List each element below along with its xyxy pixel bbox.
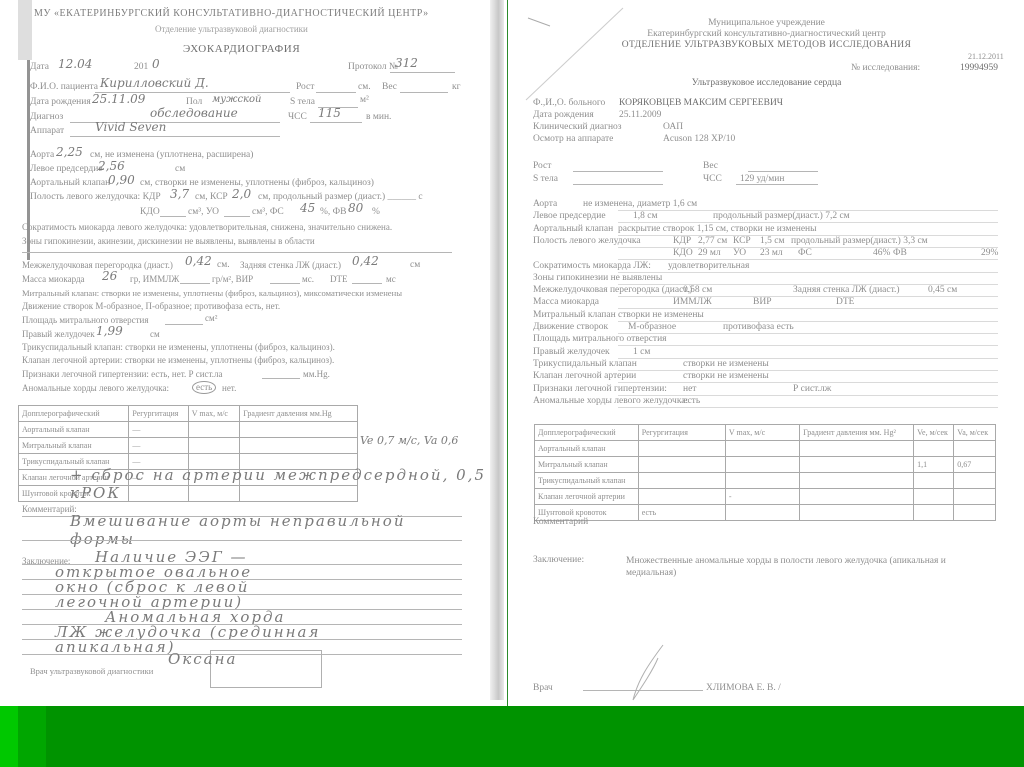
lv-label: Полость левого желудочка: КДР bbox=[30, 192, 161, 203]
cardiac-ultrasound-report-printed: Муниципальное учреждение Екатеринбургски… bbox=[507, 0, 1024, 722]
measurement-text: УО bbox=[733, 248, 746, 259]
column-header: Регургитация bbox=[129, 406, 188, 422]
mva-label: Площадь митрального отверстия bbox=[22, 315, 149, 326]
department-name: Отделение ультразвуковой диагностики bbox=[155, 24, 308, 35]
la-unit: см bbox=[175, 164, 185, 175]
height-label: Рост bbox=[533, 161, 551, 172]
pw-label: Задняя стенка ЛЖ (диаст.) bbox=[240, 260, 341, 271]
rv-label: Правый желудочек bbox=[22, 329, 95, 340]
leaflets-text: Движение створок М-образное, П-образное;… bbox=[22, 301, 280, 312]
table-cell: Аортальный клапан bbox=[19, 422, 129, 438]
org-line2: Екатеринбургский консультативно-диагност… bbox=[508, 29, 1024, 40]
dte-unit: мс bbox=[386, 274, 396, 285]
doctor-label: Врач ультразвуковой диагностики bbox=[30, 666, 153, 677]
measurement-text: Клапан легочной артерии bbox=[533, 371, 636, 382]
fv-unit: % bbox=[372, 207, 380, 218]
measurement-text: ФС bbox=[798, 248, 812, 259]
doctor-signature bbox=[618, 640, 678, 710]
mass-value: 26 bbox=[102, 270, 117, 283]
table-row: Аортальный клапан bbox=[535, 441, 996, 457]
table-cell bbox=[914, 441, 954, 457]
measurement-text: Митральный клапан створки не изменены bbox=[533, 310, 704, 321]
table-cell bbox=[800, 441, 914, 457]
column-header: V max, м/с bbox=[725, 425, 799, 441]
hr-label: ЧСС bbox=[703, 174, 722, 185]
ksr-value: 2,0 bbox=[232, 188, 251, 201]
dob-value: 25.11.09 bbox=[92, 93, 145, 106]
height-unit: см. bbox=[358, 82, 371, 93]
kdo-label: КДО bbox=[140, 207, 160, 218]
measurement-text: нет bbox=[683, 384, 696, 395]
date-label: Дата bbox=[30, 62, 49, 73]
table-cell: есть bbox=[638, 505, 725, 521]
conclusion-value: Множественные аномальные хорды в полости… bbox=[626, 555, 996, 579]
scan-artifact bbox=[18, 0, 32, 60]
chords-no: нет. bbox=[222, 383, 236, 394]
column-header: Градиент давления мм.Hg bbox=[240, 406, 358, 422]
measurement-text: Аномальные хорды левого желудочка: bbox=[533, 396, 688, 407]
protocol-value: 312 bbox=[395, 57, 418, 70]
bsa-label: S тела bbox=[290, 97, 315, 108]
measurement-text: створки не изменены bbox=[683, 359, 769, 370]
hr-unit: в мин. bbox=[366, 112, 391, 123]
measurement-text: 29 мл bbox=[698, 248, 721, 259]
table-cell bbox=[725, 505, 799, 521]
measurement-text: М-образное bbox=[628, 322, 676, 333]
table-cell bbox=[954, 441, 996, 457]
aorta-label: Аорта bbox=[30, 150, 54, 161]
measurement-text: 29% bbox=[981, 248, 998, 259]
pw-value: 0,42 bbox=[352, 255, 379, 268]
column-header: Допплерографический bbox=[535, 425, 639, 441]
date-value: 12.04 bbox=[58, 58, 92, 71]
measurement-text: Правый желудочек bbox=[533, 347, 610, 358]
mv-text: Митральный клапан: створки не изменены, … bbox=[22, 288, 402, 299]
measurement-text: продольный размер(диаст.) 7,2 см bbox=[713, 211, 850, 222]
ph-text: Признаки легочной гипертензии: есть, нет… bbox=[22, 369, 223, 380]
conclusion-label: Заключение: bbox=[533, 555, 584, 566]
column-header: Градиент давления мм. Hg² bbox=[800, 425, 914, 441]
measurement-text: противофаза есть bbox=[723, 322, 794, 333]
table-header: ДопплерографическийРегургитацияV max, м/… bbox=[535, 425, 996, 441]
tv-text: Трикуспидальный клапан: створки не измен… bbox=[22, 342, 335, 353]
av-value: 0,90 bbox=[108, 174, 135, 187]
table-row: Митральный клапан— bbox=[19, 438, 358, 454]
column-header: V max, м/с bbox=[188, 406, 240, 422]
fv-value: 80 bbox=[348, 202, 363, 215]
measurement-text: не изменена, диаметр 1,6 см bbox=[583, 199, 697, 210]
table-cell bbox=[188, 422, 240, 438]
measurement-text: КДР bbox=[673, 236, 691, 247]
org-name: МУ «ЕКАТЕРИНБУРГСКИЙ КОНСУЛЬТАТИВНО-ДИАГ… bbox=[34, 8, 429, 19]
uo-unit: см³, ФС bbox=[252, 207, 284, 218]
comment-handwritten: Вмешивание аорты неправильной формы bbox=[70, 512, 470, 548]
table-cell: Трикуспидальный клапан bbox=[535, 473, 639, 489]
year-value: 0 bbox=[152, 58, 160, 71]
table-cell: Митральный клапан bbox=[535, 457, 639, 473]
slide-footer-accent-2 bbox=[18, 706, 46, 767]
bsa-unit: м² bbox=[360, 95, 369, 106]
pv-text: Клапан легочной артерии: створки не изме… bbox=[22, 355, 334, 366]
diagnosis-value: обследование bbox=[150, 107, 238, 120]
measurement-text: 23 мл bbox=[760, 248, 783, 259]
table-cell bbox=[800, 505, 914, 521]
ph-unit: мм.Hg. bbox=[303, 369, 330, 380]
sex-value: мужской bbox=[212, 93, 262, 106]
measurement-text: Движение створок bbox=[533, 322, 608, 333]
measurement-text: КСР bbox=[733, 236, 751, 247]
patient-label: Ф.И.О. пациента bbox=[30, 82, 98, 93]
measurement-text: Трикуспидальный клапан bbox=[533, 359, 637, 370]
measurement-text: 46% bbox=[873, 248, 890, 259]
bsa-label: S тела bbox=[533, 174, 558, 185]
measurement-text: удовлетворительная bbox=[668, 261, 749, 272]
table-cell: Митральный клапан bbox=[19, 438, 129, 454]
table-cell bbox=[954, 473, 996, 489]
table-cell bbox=[954, 505, 996, 521]
measurement-text: Аорта bbox=[533, 199, 557, 210]
table-cell: — bbox=[129, 438, 188, 454]
aorta-value: 2,25 bbox=[56, 146, 83, 159]
comment-label: Комментарий bbox=[533, 517, 588, 528]
measurement-text: Масса миокарда bbox=[533, 297, 599, 308]
measurement-text: раскрытие створок 1,15 см, створки не из… bbox=[618, 224, 817, 235]
measurement-text: 1,5 см bbox=[760, 236, 784, 247]
table-cell: 1,1 bbox=[914, 457, 954, 473]
table-header: ДопплерографическийРегургитацияV max, м/… bbox=[19, 406, 358, 422]
kdo-unit: см³, УО bbox=[188, 207, 219, 218]
table-cell bbox=[638, 489, 725, 505]
table-cell bbox=[725, 457, 799, 473]
dob-value: 25.11.2009 bbox=[619, 110, 661, 121]
measurement-text: 1 см bbox=[633, 347, 650, 358]
measurement-text: Левое предсердие bbox=[533, 211, 606, 222]
table-row: Шунтовой кровотокесть bbox=[535, 505, 996, 521]
diagnosis-value: ОАП bbox=[663, 122, 683, 133]
lv-long: см, продольный размер (диаст.) ______ с bbox=[258, 192, 423, 203]
doctor-name: ХЛИМОВА Е. В. / bbox=[706, 683, 781, 694]
weight-unit: кг bbox=[452, 82, 461, 93]
org-line1: Муниципальное учреждение bbox=[508, 18, 1024, 29]
measurement-text: 0,58 см bbox=[683, 285, 712, 296]
rv-value: 1,99 bbox=[96, 325, 123, 338]
column-header: Регургитация bbox=[638, 425, 725, 441]
measurement-text: Р сист.лж bbox=[793, 384, 831, 395]
table-cell: - bbox=[725, 489, 799, 505]
table-cell: 0,67 bbox=[954, 457, 996, 473]
dob-label: Дата рождения bbox=[533, 110, 594, 121]
chords-label: Аномальные хорды левого желудочка: bbox=[22, 383, 169, 394]
device-label: Осмотр на аппарате bbox=[533, 134, 613, 145]
table-cell bbox=[914, 505, 954, 521]
table-cell bbox=[725, 441, 799, 457]
table-cell bbox=[954, 489, 996, 505]
contractility-text: Сократимость миокарда левого желудочка: … bbox=[22, 222, 392, 233]
patient-value: Кирилловский Д. bbox=[100, 77, 209, 90]
dte-label: DTE bbox=[330, 274, 348, 285]
table-row: Клапан легочной артерии- bbox=[535, 489, 996, 505]
column-header: Va, м/сек bbox=[954, 425, 996, 441]
measurement-text: 2,77 см bbox=[698, 236, 727, 247]
measurement-text: ИММЛЖ bbox=[673, 297, 712, 308]
measurement-text: ВИР bbox=[753, 297, 771, 308]
table-cell bbox=[800, 457, 914, 473]
scan-edge-shadow bbox=[490, 0, 504, 700]
column-header: Ve, м/сек bbox=[914, 425, 954, 441]
table-row: Аортальный клапан— bbox=[19, 422, 358, 438]
measurement-text: DTE bbox=[836, 297, 854, 308]
table-cell bbox=[638, 441, 725, 457]
device-value: Vivid Seven bbox=[95, 121, 166, 134]
table-cell bbox=[240, 438, 358, 454]
measurement-text: ФВ bbox=[893, 248, 907, 259]
mass-label: Масса миокарда bbox=[22, 274, 85, 285]
ksr-label: см, КСР bbox=[195, 192, 228, 203]
av-label: Аортальный клапан bbox=[30, 178, 110, 189]
mva-unit: см² bbox=[205, 313, 217, 324]
measurement-text: 0,45 см bbox=[928, 285, 957, 296]
table-cell: Аортальный клапан bbox=[535, 441, 639, 457]
rv-unit: см bbox=[150, 329, 160, 340]
slide-footer-accent bbox=[0, 706, 18, 767]
device-label: Аппарат bbox=[30, 126, 64, 137]
measurement-text: Сократимость миокарда ЛЖ: bbox=[533, 261, 651, 272]
measurement-text: Площадь митрального отверстия bbox=[533, 334, 667, 345]
doppler-table-right: ДопплерографическийРегургитацияV max, м/… bbox=[534, 424, 996, 521]
table-row: Митральный клапан1,10,67 bbox=[535, 457, 996, 473]
fs-value: 45 bbox=[300, 202, 315, 215]
hypokinesis-text: Зоны гипокинезии, акинезии, дискинезии н… bbox=[22, 236, 315, 247]
doctor-signature: Оксана bbox=[168, 650, 237, 668]
measurement-text: створки не изменены bbox=[683, 371, 769, 382]
hr-label: ЧСС bbox=[288, 112, 307, 123]
table-cell: Клапан легочной артерии bbox=[535, 489, 639, 505]
doctor-label: Врач bbox=[533, 683, 553, 694]
table-cell bbox=[240, 422, 358, 438]
table-cell bbox=[914, 473, 954, 489]
dob-label: Дата рождения bbox=[30, 97, 91, 108]
table-cell bbox=[638, 473, 725, 489]
form-title: ЭХОКАРДИОГРАФИЯ bbox=[183, 44, 300, 55]
measurement-text: Зоны гипокинезии не выявлены bbox=[533, 273, 662, 284]
ivs-label: Межжелудочковая перегородка (диаст.) bbox=[22, 260, 173, 271]
pw-unit: см bbox=[410, 260, 420, 271]
table-cell bbox=[800, 473, 914, 489]
patient-label: Ф.,И.,О. больного bbox=[533, 98, 605, 109]
immlzh-unit: гр/м², ВИР bbox=[212, 274, 253, 285]
patient-value: КОРЯКОВЦЕВ МАКСИМ СЕРГЕЕВИЧ bbox=[619, 98, 783, 109]
report-title: Ультразвуковое исследование сердца bbox=[508, 78, 1024, 89]
mass-unit: гр, ИММЛЖ bbox=[130, 274, 179, 285]
table-cell bbox=[800, 489, 914, 505]
measurement-text: Полость левого желудочка bbox=[533, 236, 641, 247]
table-cell: — bbox=[129, 422, 188, 438]
ivs-value: 0,42 bbox=[185, 255, 212, 268]
chords-yes-circled: есть bbox=[192, 381, 216, 394]
measurement-text: 1,8 см bbox=[633, 211, 657, 222]
scan-pen-stroke bbox=[508, 0, 628, 110]
measurement-text: есть bbox=[683, 396, 700, 407]
fv-label: %, ФВ bbox=[320, 207, 347, 218]
table-cell bbox=[188, 438, 240, 454]
doppler-side-note: Ve 0,7 м/с, Va 0,6 bbox=[360, 434, 458, 447]
height-label: Рост bbox=[296, 82, 314, 93]
year-label: 201 bbox=[134, 62, 148, 73]
study-no-value: 19994959 bbox=[960, 63, 998, 74]
la-value: 2,56 bbox=[98, 160, 125, 173]
diagnosis-label: Клинический диагноз bbox=[533, 122, 622, 133]
measurement-text: Признаки легочной гипертензии: bbox=[533, 384, 667, 395]
diagnosis-label: Диагноз bbox=[30, 112, 63, 123]
table-row: Трикуспидальный клапан bbox=[535, 473, 996, 489]
measurement-text: продольный размер(диаст.) 3,3 см bbox=[791, 236, 928, 247]
la-label: Левое предсердие bbox=[30, 164, 103, 175]
table-cell bbox=[638, 457, 725, 473]
measurement-text: КДО bbox=[673, 248, 693, 259]
hr-value: 115 bbox=[318, 107, 341, 120]
org-line3: ОТДЕЛЕНИЕ УЛЬТРАЗВУКОВЫХ МЕТОДОВ ИССЛЕДО… bbox=[508, 40, 1024, 51]
echocardiography-form-handwritten: МУ «ЕКАТЕРИНБУРГСКИЙ КОНСУЛЬТАТИВНО-ДИАГ… bbox=[0, 0, 506, 706]
weight-label: Вес bbox=[703, 161, 718, 172]
kdr-value: 3,7 bbox=[170, 188, 189, 201]
comment-label: Комментарий: bbox=[22, 504, 77, 515]
weight-label: Вес bbox=[382, 82, 397, 93]
measurement-text: Межжелудочковая перегородка (диаст.) bbox=[533, 285, 692, 296]
column-header: Допплерографический bbox=[19, 406, 129, 422]
device-value: Acuson 128 XP/10 bbox=[663, 134, 735, 145]
measurement-text: Задняя стенка ЛЖ (диаст.) bbox=[793, 285, 900, 296]
measurement-text: Аортальный клапан bbox=[533, 224, 613, 235]
slide-footer-band bbox=[0, 706, 1024, 767]
shunt-note-handwritten: + сброс на артерии межпредсердной, 0,5 к… bbox=[70, 466, 490, 502]
table-cell bbox=[725, 473, 799, 489]
ivs-unit: см. bbox=[217, 260, 230, 271]
report-date: 21.12.2011 bbox=[968, 51, 1004, 62]
vir-unit: мс. bbox=[302, 274, 314, 285]
study-no-label: № исследования: bbox=[851, 63, 920, 74]
table-cell bbox=[914, 489, 954, 505]
